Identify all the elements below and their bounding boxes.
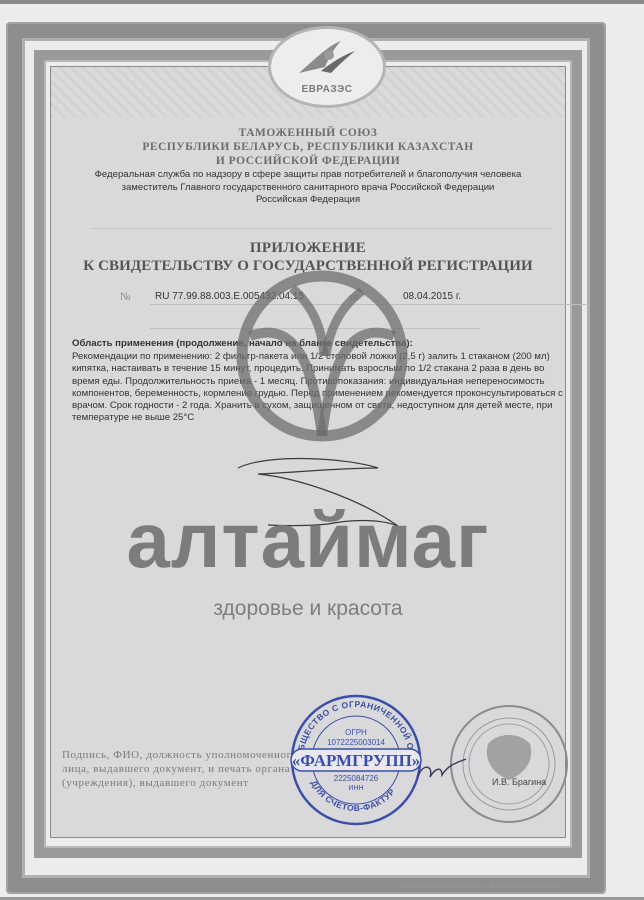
emblem-label: ЕВРАЗЭС [301, 84, 352, 95]
agency-header: Федеральная служба по надзору в сфере за… [51, 169, 565, 207]
company-stamp: ОБЩЕСТВО С ОГРАНИЧЕННОЙ ОТВЕТСТВЕННОСТЬЮ… [287, 693, 425, 827]
caption-line-2: лица, выдавшего документ, и печать орган… [62, 762, 322, 776]
printer-note: © ЗАО «Первый печатный двор», г. Москва,… [398, 884, 563, 890]
signature-caption: Подпись, ФИО, должность уполномоченного … [62, 748, 322, 790]
document-title: ПРИЛОЖЕНИЕ [51, 240, 565, 257]
scan-edge-top [0, 0, 644, 4]
svg-text:1072225003014: 1072225003014 [327, 738, 385, 747]
eurasec-emblem-icon [295, 37, 359, 77]
signer-name: И.В. Брагина [492, 777, 546, 787]
number-label: № [120, 291, 131, 303]
altaimag-logo-icon [232, 266, 412, 446]
union-line-3: И РОССИЙСКОЙ ФЕДЕРАЦИИ [51, 154, 565, 168]
watermark-brand: алтаймаг [51, 500, 565, 580]
svg-text:ОГРН: ОГРН [345, 728, 367, 737]
agency-line-2: заместитель Главного государственного са… [51, 182, 565, 195]
svg-text:2225084726: 2225084726 [334, 774, 379, 783]
customs-union-header: ТАМОЖЕННЫЙ СОЮЗ РЕСПУБЛИКИ БЕЛАРУСЬ, РЕС… [51, 126, 565, 168]
watermark-tagline: здоровье и красота [51, 597, 565, 621]
certificate-page: ЕВРАЗЭС ТАМОЖЕННЫЙ СОЮЗ РЕСПУБЛИКИ БЕЛАР… [0, 0, 644, 900]
caption-line-1: Подпись, ФИО, должность уполномоченного [62, 748, 322, 762]
agency-line-1: Федеральная служба по надзору в сфере за… [51, 169, 565, 182]
svg-text:ДЛЯ СЧЕТОВ-ФАКТУР: ДЛЯ СЧЕТОВ-ФАКТУР [309, 779, 397, 814]
agency-line-3: Российская Федерация [51, 194, 565, 207]
eurasec-emblem: ЕВРАЗЭС [268, 26, 386, 108]
svg-text:«ФАРМГРУПП»: «ФАРМГРУПП» [292, 751, 421, 770]
handwritten-signature [412, 755, 472, 785]
svg-text:ИНН: ИНН [348, 785, 363, 792]
union-line-2: РЕСПУБЛИКИ БЕЛАРУСЬ, РЕСПУБЛИКИ КАЗАХСТА… [51, 140, 565, 154]
union-line-1: ТАМОЖЕННЫЙ СОЮЗ [51, 126, 565, 140]
caption-line-3: (учреждения), выдавшего документ [62, 776, 322, 790]
divider-line [92, 228, 552, 229]
